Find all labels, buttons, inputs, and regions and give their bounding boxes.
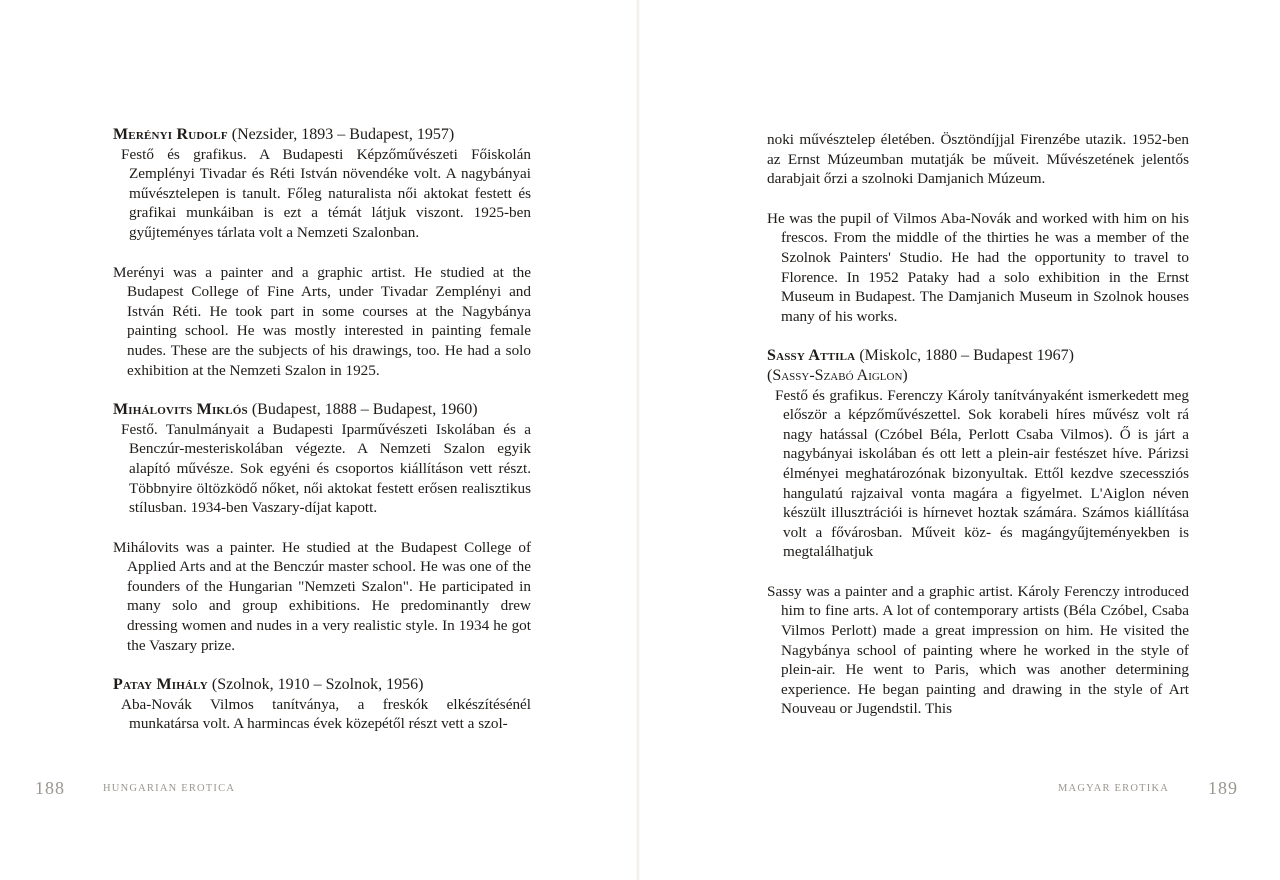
entry-heading: Patay Mihály (Szolnok, 1910 – Szolnok, 1… (113, 675, 531, 695)
right-text-column: noki művésztelep életében. Ösztöndíjjal … (767, 130, 1189, 719)
artist-alias: (Sassy-Szabó Aiglon) (767, 366, 1189, 386)
left-page: Merényi Rudolf (Nezsider, 1893 – Budapes… (0, 0, 640, 880)
entry-mihalovits: Mihálovits Miklós (Budapest, 1888 – Buda… (113, 400, 531, 655)
english-bio: Sassy was a painter and a graphic artist… (765, 582, 1189, 719)
running-head: MAGYAR EROTIKA (1058, 783, 1169, 794)
continued-hungarian-bio: noki művésztelep életében. Ösztöndíjjal … (767, 130, 1189, 189)
entry-patay: Patay Mihály (Szolnok, 1910 – Szolnok, 1… (113, 675, 531, 734)
artist-name: Patay Mihály (113, 676, 208, 693)
hungarian-bio: Festő. Tanulmányait a Budapesti Iparművé… (113, 420, 531, 518)
artist-dates: (Nezsider, 1893 – Budapest, 1957) (232, 126, 454, 143)
hungarian-bio: Festő és grafikus. Ferenczy Károly tanít… (767, 386, 1189, 562)
artist-dates: (Szolnok, 1910 – Szolnok, 1956) (212, 676, 424, 693)
hungarian-bio: Festő és grafikus. A Budapesti Képzőművé… (113, 145, 531, 243)
artist-dates: (Budapest, 1888 – Budapest, 1960) (252, 401, 478, 418)
artist-name: Mihálovits Miklós (113, 401, 248, 418)
artist-dates: (Miskolc, 1880 – Budapest 1967) (859, 347, 1074, 364)
entry-heading: Mihálovits Miklós (Budapest, 1888 – Buda… (113, 400, 531, 420)
left-text-column: Merényi Rudolf (Nezsider, 1893 – Budapes… (113, 125, 531, 734)
continued-english-bio: He was the pupil of Vilmos Aba-Novák and… (765, 209, 1189, 327)
entry-merenyi: Merényi Rudolf (Nezsider, 1893 – Budapes… (113, 125, 531, 380)
right-page: noki művésztelep életében. Ösztöndíjjal … (640, 0, 1280, 880)
english-bio: Merényi was a painter and a graphic arti… (111, 263, 531, 381)
page-number: 189 (1208, 778, 1238, 799)
page-number: 188 (35, 778, 65, 799)
running-head: HUNGARIAN EROTICA (103, 783, 235, 794)
hungarian-bio: Aba-Novák Vilmos tanítványa, a freskók e… (113, 695, 531, 734)
entry-sassy: Sassy Attila (Miskolc, 1880 – Budapest 1… (767, 346, 1189, 719)
entry-heading: Merényi Rudolf (Nezsider, 1893 – Budapes… (113, 125, 531, 145)
english-bio: Mihálovits was a painter. He studied at … (111, 538, 531, 656)
artist-name: Merényi Rudolf (113, 126, 228, 143)
artist-name: Sassy Attila (767, 347, 855, 364)
entry-heading: Sassy Attila (Miskolc, 1880 – Budapest 1… (767, 346, 1189, 366)
